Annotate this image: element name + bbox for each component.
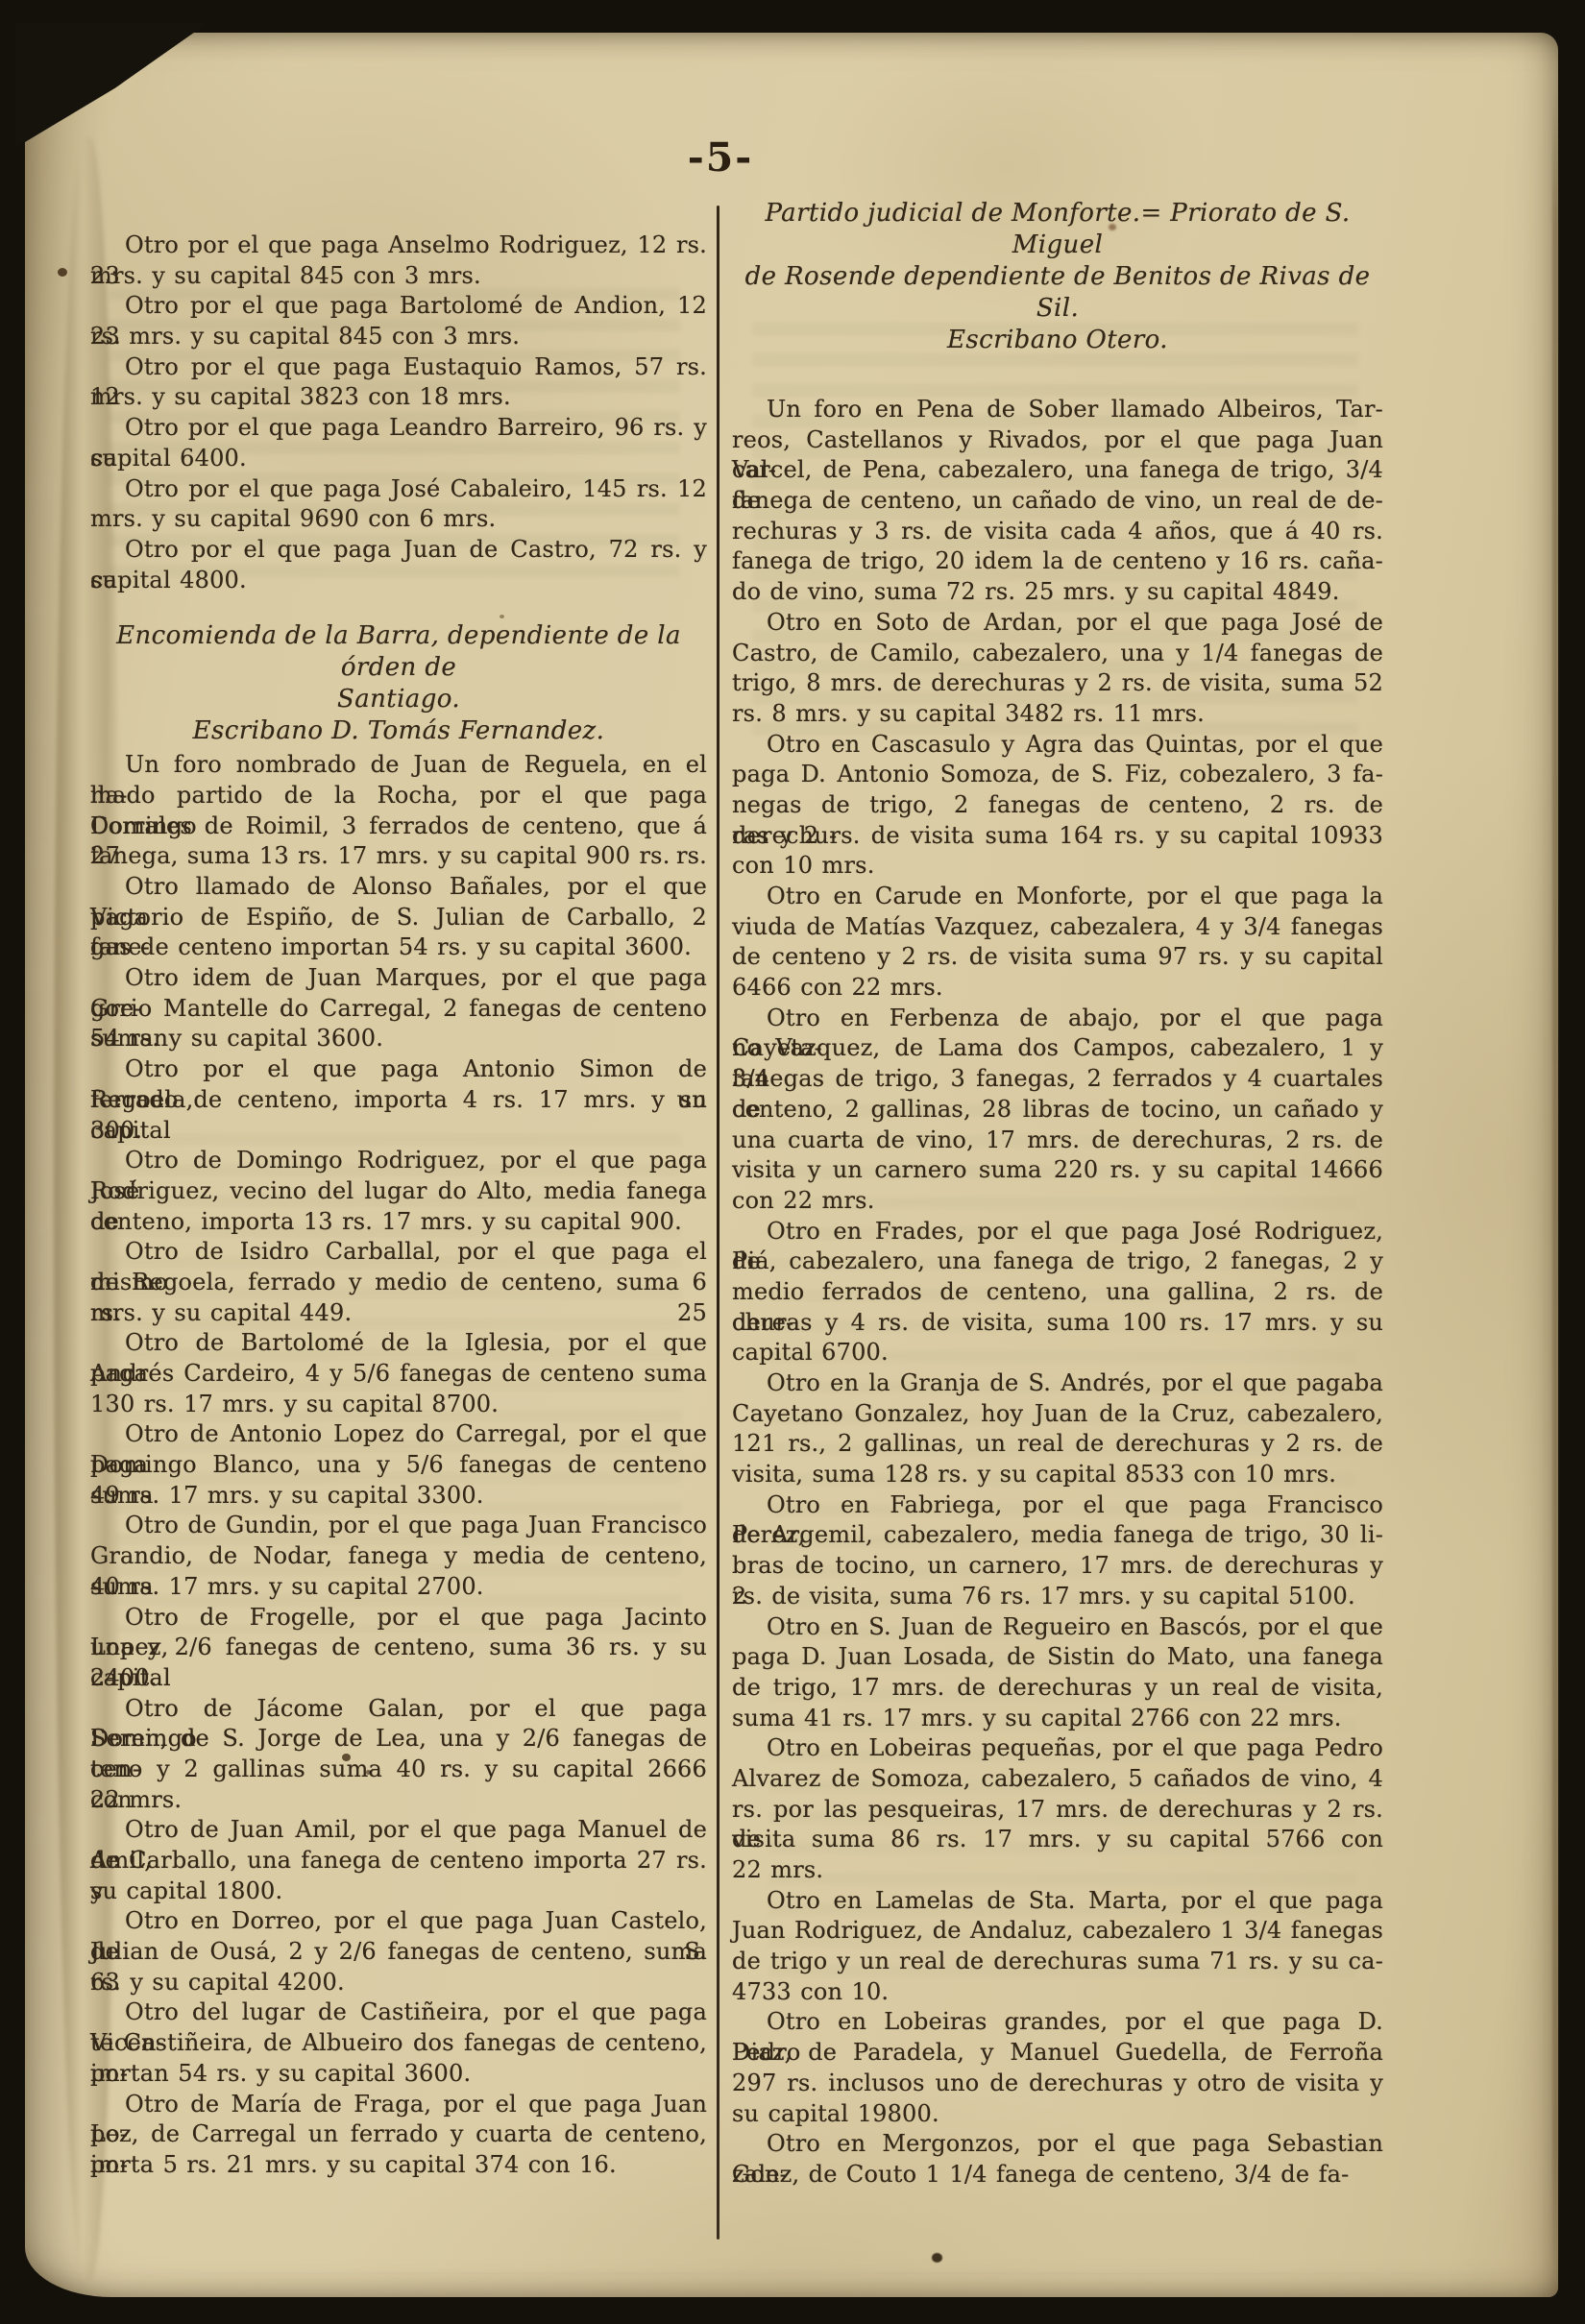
text-line: visita suma 86 rs. 17 mrs. y su capital …: [732, 1825, 1383, 1855]
text-line: gas de centeno importan 54 rs. y su capi…: [90, 932, 707, 963]
page-number: -5-: [661, 134, 780, 181]
paragraph: Otro por el que paga Anselmo Rodriguez, …: [90, 230, 707, 291]
text-line: 49 rs. 17 mrs. y su capital 3300.: [90, 1481, 707, 1512]
text-line: de trigo y un real de derechuras suma 71…: [732, 1947, 1383, 1977]
paragraph: Otro en Soto de Ardan, por el que paga J…: [732, 608, 1383, 730]
text-line: Otro en Lamelas de Sta. Marta, por el qu…: [732, 1886, 1383, 1917]
paragraph: Un foro en Pena de Sober llamado Albeiro…: [732, 395, 1383, 608]
text-line: capital 6700.: [732, 1338, 1383, 1368]
text-line: Otro de Jácome Galan, por el que paga Do…: [90, 1694, 707, 1725]
paragraph: Otro por el que paga Leandro Barreiro, 9…: [90, 413, 707, 473]
text-line: centeno, 2 gallinas, 28 libras de tocino…: [732, 1095, 1383, 1126]
text-line: Piá, cabezalero, una fanega de trigo, 2 …: [732, 1247, 1383, 1277]
heading-line: Partido judicial de Monforte.= Priorato …: [732, 198, 1383, 261]
heading-line: Santiago.: [90, 684, 707, 715]
paragraph: Otro en Lamelas de Sta. Marta, por el qu…: [732, 1886, 1383, 2008]
text-line: una y 2/6 fanegas de centeno, suma 36 rs…: [90, 1633, 707, 1663]
paragraph: Otro de Frogelle, por el que paga Jacint…: [90, 1603, 707, 1694]
text-line: rs. de visita, suma 76 rs. 17 mrs. y su …: [732, 1582, 1383, 1612]
text-line: 300.: [90, 1116, 707, 1147]
text-line: Otro en Lobeiras pequeñas, por el que pa…: [732, 1733, 1383, 1764]
paragraph: Otro en la Granja de S. Andrés, por el q…: [732, 1368, 1383, 1490]
text-line: 297 rs. inclusos uno de derechuras y otr…: [732, 2069, 1383, 2099]
text-line: te Castiñeira, de Albueiro dos fanegas d…: [90, 2028, 707, 2059]
paragraph: Otro en Fabriega, por el que paga Franci…: [732, 1490, 1383, 1612]
text-line: gorio Mantelle do Carregal, 2 fanegas de…: [90, 994, 707, 1025]
text-line: Otro en Frades, por el que paga José Rod…: [732, 1217, 1383, 1247]
page-edge-fold-line: [1552, 90, 1558, 2299]
paragraph: Otro por el que paga Juan de Castro, 72 …: [90, 535, 707, 595]
paragraph: Otro de Domingo Rodriguez, por el que pa…: [90, 1146, 707, 1237]
text-line: fanega de centeno, un cañado de vino, un…: [732, 486, 1383, 517]
encomienda-entries: Un foro nombrado de Juan de Reguela, en …: [90, 750, 707, 2180]
paragraph: Un foro nombrado de Juan de Reguela, en …: [90, 750, 707, 872]
text-line: Julian de Ousá, 2 y 2/6 fanegas de cente…: [90, 1937, 707, 1968]
text-line: zalez, de Couto 1 1/4 fanega de centeno,…: [732, 2160, 1383, 2191]
text-line: Otro por el que paga Anselmo Rodriguez, …: [90, 230, 707, 261]
text-line: suma 41 rs. 17 mrs. y su capital 2766 co…: [732, 1704, 1383, 1734]
text-line: paga D. Antonio Somoza, de S. Fiz, cobez…: [732, 760, 1383, 790]
text-line: Otro en Fabriega, por el que paga Franci…: [732, 1490, 1383, 1521]
text-line: capital 6400.: [90, 444, 707, 474]
paragraph: Otro idem de Juan Marques, por el que pa…: [90, 963, 707, 1054]
text-line: 22 mrs.: [732, 1855, 1383, 1886]
heading-line: Escribano Otero.: [732, 325, 1383, 356]
paragraph: Otro en Ferbenza de abajo, por el que pa…: [732, 1004, 1383, 1217]
foro-entries-continued: Otro por el que paga Anselmo Rodriguez, …: [90, 230, 707, 595]
heading-line: Escribano D. Tomás Fernandez.: [90, 715, 707, 747]
text-line: Otro en Ferbenza de abajo, por el que pa…: [732, 1004, 1383, 1034]
text-line: medio ferrados de centeno, una gallina, …: [732, 1277, 1383, 1308]
paragraph: Otro de Bartolomé de la Iglesia, por el …: [90, 1328, 707, 1419]
monforte-entries: Un foro en Pena de Sober llamado Albeiro…: [732, 395, 1383, 2191]
text-line: su capital 1800.: [90, 1876, 707, 1907]
scanned-book-page: -5- Otro por el que paga Anselmo Rodrigu…: [0, 0, 1585, 2324]
paragraph: Otro en S. Juan de Regueiro en Bascós, p…: [732, 1612, 1383, 1734]
text-line: de trigo, 17 mrs. de derechuras y un rea…: [732, 1673, 1383, 1704]
text-line: su capital 19800.: [732, 2099, 1383, 2130]
left-text-column: Otro por el que paga Anselmo Rodriguez, …: [90, 230, 707, 2181]
text-line: Otro de Gundin, por el que paga Juan Fra…: [90, 1511, 707, 1541]
encomienda-heading: Encomienda de la Barra, dependiente de l…: [90, 620, 707, 715]
text-line: viuda de Matías Vazquez, cabezalera, 4 y…: [732, 912, 1383, 943]
text-line: Diaz, de Paradela, y Manuel Guedella, de…: [732, 2038, 1383, 2069]
text-line: Un foro en Pena de Sober llamado Albeiro…: [732, 395, 1383, 425]
escribano-fernandez: Escribano D. Tomás Fernandez.: [90, 715, 707, 747]
text-line: de Carballo, una fanega de centeno impor…: [90, 1846, 707, 1876]
text-line: 23 mrs. y su capital 845 con 3 mrs.: [90, 322, 707, 352]
text-line: con 10 mrs.: [732, 851, 1383, 882]
paragraph: Otro en Mergonzos, por el que paga Sebas…: [732, 2129, 1383, 2190]
text-line: Otro de María de Fraga, por el que paga …: [90, 2090, 707, 2120]
text-line: Otro por el que paga Juan de Castro, 72 …: [90, 535, 707, 566]
text-line: Grandio, de Nodar, fanega y media de cen…: [90, 1541, 707, 1572]
text-line: Otro por el que paga Leandro Barreiro, 9…: [90, 413, 707, 444]
text-line: rs. 8 mrs. y su capital 3482 rs. 11 mrs.: [732, 699, 1383, 730]
text-line: de centeno y 2 rs. de visita suma 97 rs.…: [732, 942, 1383, 973]
paragraph: Otro en Lobeiras pequeñas, por el que pa…: [732, 1733, 1383, 1885]
paragraph: Otro del lugar de Castiñeira, por el que…: [90, 1997, 707, 2089]
text-line: Otro en la Granja de S. Andrés, por el q…: [732, 1368, 1383, 1399]
text-line: rs. por las pesqueiras, 17 mrs. de derec…: [732, 1795, 1383, 1826]
text-line: 54 rs. y su capital 3600.: [90, 1024, 707, 1054]
paragraph: Otro por el que paga Bartolomé de Andion…: [90, 291, 707, 351]
column-divider-rule: [717, 206, 719, 2239]
text-line: pez, de Carregal un ferrado y cuarta de …: [90, 2119, 707, 2150]
text-line: Un foro nombrado de Juan de Reguela, en …: [90, 750, 707, 781]
text-line: Rodriguez, vecino del lugar do Alto, med…: [90, 1176, 707, 1207]
text-line: visita y un carnero suma 220 rs. y su ca…: [732, 1155, 1383, 1186]
text-line: carcel, de Pena, cabezalero, una fanega …: [732, 455, 1383, 486]
paragraph: Otro de Gundin, por el que paga Juan Fra…: [90, 1511, 707, 1602]
text-line: Otro de Frogelle, por el que paga Jacint…: [90, 1603, 707, 1634]
text-line: teno y 2 gallinas suma 40 rs. y su capit…: [90, 1755, 707, 1785]
text-line: mado partido de la Rocha, por el que pag…: [90, 781, 707, 811]
text-line: con 22 mrs.: [732, 1186, 1383, 1217]
text-line: visita, suma 128 rs. y su capital 8533 c…: [732, 1460, 1383, 1490]
text-line: Alvarez de Somoza, cabezalero, 5 cañados…: [732, 1764, 1383, 1795]
text-line: 4733 con 10.: [732, 1977, 1383, 2008]
text-line: rs. y su capital 4200.: [90, 1968, 707, 1998]
text-line: Otro en Mergonzos, por el que paga Sebas…: [732, 2129, 1383, 2160]
text-line: Otro en Soto de Ardan, por el que paga J…: [732, 608, 1383, 639]
heading-line: Encomienda de la Barra, dependiente de l…: [90, 620, 707, 684]
text-line: Otro por el que paga Antonio Simon de Re…: [90, 1054, 707, 1085]
text-line: Andrés Cardeiro, 4 y 5/6 fanegas de cent…: [90, 1359, 707, 1390]
text-line: ferrado de centeno, importa 4 rs. 17 mrs…: [90, 1085, 707, 1116]
text-line: fanega, suma 13 rs. 17 mrs. y su capital…: [90, 841, 707, 872]
paragraph: Otro en Lobeiras grandes, por el que pag…: [732, 2007, 1383, 2129]
text-line: fanega de trigo, 20 idem la de centeno y…: [732, 546, 1383, 577]
text-line: bras de tocino, un carnero, 17 mrs. de d…: [732, 1551, 1383, 1582]
text-line: de Regoela, ferrado y medio de centeno, …: [90, 1268, 707, 1298]
text-line: Seren, de S. Jorge de Lea, una y 2/6 fan…: [90, 1724, 707, 1755]
text-line: churas y 4 rs. de visita, suma 100 rs. 1…: [732, 1308, 1383, 1339]
text-line: 130 rs. 17 mrs. y su capital 8700.: [90, 1390, 707, 1420]
text-line: rechuras y 3 rs. de visita cada 4 años, …: [732, 517, 1383, 547]
text-line: reos, Castellanos y Rivados, por el que …: [732, 425, 1383, 456]
text-line: ras y 2 rs. de visita suma 164 rs. y su …: [732, 821, 1383, 852]
text-line: Otro por el que paga Eustaquio Ramos, 57…: [90, 352, 707, 383]
text-line: Otro por el que paga Bartolomé de Andion…: [90, 291, 707, 322]
text-line: Otro por el que paga José Cabaleiro, 145…: [90, 474, 707, 505]
text-line: fanegas de trigo, 3 fanegas, 2 ferrados …: [732, 1064, 1383, 1095]
paragraph: Otro por el que paga Eustaquio Ramos, 57…: [90, 352, 707, 413]
text-line: Cayetano Gonzalez, hoy Juan de la Cruz, …: [732, 1399, 1383, 1430]
text-line: 2400.: [90, 1663, 707, 1694]
paragraph: Otro en Frades, por el que paga José Rod…: [732, 1217, 1383, 1368]
text-line: Otro en Carude en Monforte, por el que p…: [732, 882, 1383, 912]
partido-monforte-heading: Partido judicial de Monforte.= Priorato …: [732, 198, 1383, 325]
text-line: Otro del lugar de Castiñeira, por el que…: [90, 1997, 707, 2028]
paragraph: Otro en Carude en Monforte, por el que p…: [732, 882, 1383, 1004]
text-line: Otro de Isidro Carballal, por el que pag…: [90, 1237, 707, 1268]
text-line: porta 5 rs. 21 mrs. y su capital 374 con…: [90, 2150, 707, 2181]
text-line: Domingo Blanco, una y 5/6 fanegas de cen…: [90, 1450, 707, 1481]
text-line: Otro de Antonio Lopez do Carregal, por e…: [90, 1419, 707, 1450]
text-line: Otro llamado de Alonso Bañales, por el q…: [90, 872, 707, 903]
text-line: Otro en Dorreo, por el que paga Juan Cas…: [90, 1906, 707, 1937]
paragraph: Otro por el que paga José Cabaleiro, 145…: [90, 474, 707, 535]
text-line: Otro idem de Juan Marques, por el que pa…: [90, 963, 707, 994]
text-line: Otro en Cascasulo y Agra das Quintas, po…: [732, 730, 1383, 761]
text-line: mrs. y su capital 845 con 3 mrs.: [90, 261, 707, 292]
text-line: una cuarta de vino, 17 mrs. de derechura…: [732, 1126, 1383, 1156]
paragraph: Otro de Antonio Lopez do Carregal, por e…: [90, 1419, 707, 1511]
text-line: no Vazquez, de Lama dos Campos, cabezale…: [732, 1033, 1383, 1064]
text-line: Juan Rodriguez, de Andaluz, cabezalero 1…: [732, 1916, 1383, 1947]
text-line: Corrales de Roimil, 3 ferrados de centen…: [90, 811, 707, 842]
heading-line: de Rosende dependiente de Benitos de Riv…: [732, 261, 1383, 325]
text-line: 40 rs. 17 mrs. y su capital 2700.: [90, 1572, 707, 1603]
paragraph: Otro de Jácome Galan, por el que paga Do…: [90, 1694, 707, 1816]
text-line: capital 4800.: [90, 566, 707, 596]
paragraph: Otro en Cascasulo y Agra das Quintas, po…: [732, 730, 1383, 882]
text-line: negas de trigo, 2 fanegas de centeno, 2 …: [732, 790, 1383, 821]
text-line: Otro de Bartolomé de la Iglesia, por el …: [90, 1328, 707, 1359]
escribano-otero: Escribano Otero.: [732, 325, 1383, 356]
text-line: Victorio de Espiño, de S. Julian de Carb…: [90, 903, 707, 933]
text-line: 121 rs., 2 gallinas, un real de derechur…: [732, 1429, 1383, 1460]
text-line: portan 54 rs. y su capital 3600.: [90, 2059, 707, 2090]
text-line: Otro de Juan Amil, por el que paga Manue…: [90, 1815, 707, 1846]
text-line: mrs. y su capital 9690 con 6 mrs.: [90, 504, 707, 535]
text-line: Otro en Lobeiras grandes, por el que pag…: [732, 2007, 1383, 2038]
text-line: paga D. Juan Losada, de Sistin do Mato, …: [732, 1642, 1383, 1673]
text-line: mrs. y su capital 3823 con 18 mrs.: [90, 382, 707, 413]
paragraph: Otro de María de Fraga, por el que paga …: [90, 2090, 707, 2181]
paragraph: Otro de Juan Amil, por el que paga Manue…: [90, 1815, 707, 1906]
paragraph: Otro llamado de Alonso Bañales, por el q…: [90, 872, 707, 963]
right-text-column: Partido judicial de Monforte.= Priorato …: [732, 198, 1383, 2191]
text-line: trigo, 8 mrs. de derechuras y 2 rs. de v…: [732, 668, 1383, 699]
text-line: 22 mrs.: [90, 1785, 707, 1816]
paragraph: Otro de Isidro Carballal, por el que pag…: [90, 1237, 707, 1328]
text-line: centeno, importa 13 rs. 17 mrs. y su cap…: [90, 1207, 707, 1238]
paragraph: Otro por el que paga Antonio Simon de Re…: [90, 1054, 707, 1146]
text-line: de Argemil, cabezalero, media fanega de …: [732, 1520, 1383, 1551]
text-line: do de vino, suma 72 rs. 25 mrs. y su cap…: [732, 577, 1383, 608]
text-line: Otro en S. Juan de Regueiro en Bascós, p…: [732, 1612, 1383, 1643]
paragraph: Otro en Dorreo, por el que paga Juan Cas…: [90, 1906, 707, 1997]
text-line: Castro, de Camilo, cabezalero, una y 1/4…: [732, 639, 1383, 669]
text-line: 6466 con 22 mrs.: [732, 973, 1383, 1004]
text-line: Otro de Domingo Rodriguez, por el que pa…: [90, 1146, 707, 1176]
